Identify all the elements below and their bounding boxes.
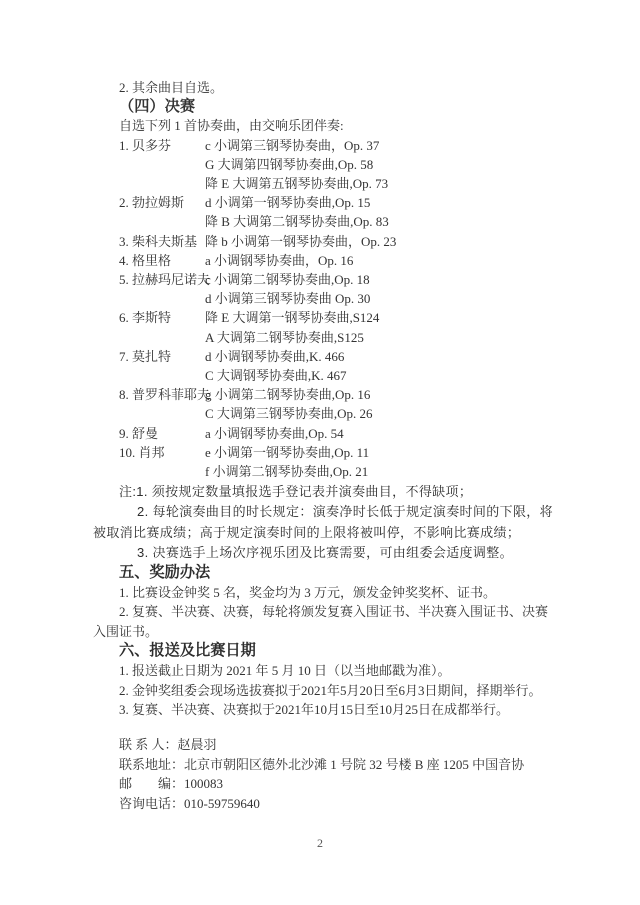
composer-name: 5. 拉赫玛尼诺夫	[119, 270, 210, 289]
contact-label: 联系地址：	[119, 757, 184, 772]
repertoire-row-chopin: 10. 肖邦 e 小调第一钢琴协奏曲,Op. 11 f 小调第二钢琴协奏曲,Op…	[93, 443, 559, 481]
repertoire-row-liszt: 6. 李斯特 降 E 大调第一钢琴协奏曲,S124 A 大调第二钢琴协奏曲,S1…	[93, 308, 559, 346]
composer-name: 8. 普罗科菲耶夫	[119, 385, 210, 404]
piece-list: c 小调第二钢琴协奏曲,Op. 18 d 小调第三钢琴协奏曲 Op. 30	[205, 270, 559, 308]
composer-name: 6. 李斯特	[119, 308, 171, 327]
piece-title: d 小调钢琴协奏曲,K. 466	[205, 347, 559, 366]
piece-list: e 小调第一钢琴协奏曲,Op. 11 f 小调第二钢琴协奏曲,Op. 21	[205, 443, 559, 481]
piece-title: C 大调钢琴协奏曲,K. 467	[205, 366, 559, 385]
document-content: 2. 其余曲目自选。 （四）决赛 自选下列 1 首协奏曲，由交响乐团伴奏: 1.…	[93, 78, 559, 814]
repertoire-row-mozart: 7. 莫扎特 d 小调钢琴协奏曲,K. 466 C 大调钢琴协奏曲,K. 467	[93, 347, 559, 385]
notes-block: 注:1. 须按规定数量填报选手登记表并演奏曲目，不得缺项； 2. 每轮演奏曲目的…	[93, 482, 559, 563]
contact-label: 邮 编：	[119, 776, 184, 791]
piece-title: d 小调第三钢琴协奏曲 Op. 30	[205, 289, 559, 308]
repertoire-row-schumann: 9. 舒曼 a 小调钢琴协奏曲,Op. 54	[93, 424, 559, 443]
contact-address-row: 联系地址：北京市朝阳区德外北沙滩 1 号院 32 号楼 B 座 1205 中国音…	[93, 755, 559, 775]
contact-label: 联 系 人：	[119, 737, 178, 752]
intro-line: 2. 其余曲目自选。	[93, 78, 559, 97]
section5-item: 2. 复赛、半决赛、决赛，每轮将颁发复赛入围证书、半决赛入围证书、决赛入围证书。	[93, 602, 559, 641]
page-number: 2	[0, 836, 640, 851]
repertoire-row-beethoven: 1. 贝多芬 c 小调第三钢琴协奏曲，Op. 37 G 大调第四钢琴协奏曲,Op…	[93, 136, 559, 194]
repertoire-list: 1. 贝多芬 c 小调第三钢琴协奏曲，Op. 37 G 大调第四钢琴协奏曲,Op…	[93, 136, 559, 482]
piece-title: 降 E 大调第五钢琴协奏曲,Op. 73	[205, 174, 559, 193]
contact-value: 北京市朝阳区德外北沙滩 1 号院 32 号楼 B 座 1205 中国音协	[184, 757, 524, 772]
repertoire-row-grieg: 4. 格里格 a 小调钢琴协奏曲，Op. 16	[93, 251, 559, 270]
piece-title: g 小调第二钢琴协奏曲,Op. 16	[205, 385, 559, 404]
note-line: 2. 每轮演奏曲目的时长规定：演奏净时长低于规定演奏时间的下限，将被取消比赛成绩…	[93, 502, 559, 542]
repertoire-row-prokofiev: 8. 普罗科菲耶夫 g 小调第二钢琴协奏曲,Op. 16 C 大调第三钢琴协奏曲…	[93, 385, 559, 423]
composer-name: 4. 格里格	[119, 251, 171, 270]
contact-postcode-row: 邮 编：100083	[93, 774, 559, 794]
piece-title: 降 b 小调第一钢琴协奏曲，Op. 23	[205, 232, 559, 251]
section4-lead: 自选下列 1 首协奏曲，由交响乐团伴奏:	[93, 116, 559, 135]
section5-heading: 五、奖励办法	[93, 563, 559, 583]
section5-item: 1. 比赛设金钟奖 5 名，奖金均为 3 万元，颁发金钟奖奖杯、证书。	[93, 583, 559, 603]
composer-name: 3. 柴科夫斯基	[119, 232, 197, 251]
composer-name: 1. 贝多芬	[119, 136, 171, 155]
piece-list: d 小调第一钢琴协奏曲,Op. 15 降 B 大调第二钢琴协奏曲,Op. 83	[205, 193, 559, 231]
piece-title: 降 E 大调第一钢琴协奏曲,S124	[205, 308, 559, 327]
piece-list: g 小调第二钢琴协奏曲,Op. 16 C 大调第三钢琴协奏曲,Op. 26	[205, 385, 559, 423]
composer-name: 2. 勃拉姆斯	[119, 193, 184, 212]
composer-name: 7. 莫扎特	[119, 347, 171, 366]
composer-name: 9. 舒曼	[119, 424, 158, 443]
repertoire-row-rachmaninoff: 5. 拉赫玛尼诺夫 c 小调第二钢琴协奏曲,Op. 18 d 小调第三钢琴协奏曲…	[93, 270, 559, 308]
section6-item: 1. 报送截止日期为 2021 年 5 月 10 日（以当地邮戳为准）。	[93, 661, 559, 681]
piece-list: a 小调钢琴协奏曲,Op. 54	[205, 424, 559, 443]
piece-title: d 小调第一钢琴协奏曲,Op. 15	[205, 193, 559, 212]
piece-title: 降 B 大调第二钢琴协奏曲,Op. 83	[205, 212, 559, 231]
repertoire-row-brahms: 2. 勃拉姆斯 d 小调第一钢琴协奏曲,Op. 15 降 B 大调第二钢琴协奏曲…	[93, 193, 559, 231]
piece-title: c 小调第二钢琴协奏曲,Op. 18	[205, 270, 559, 289]
section6-item: 2. 金钟奖组委会现场选拔赛拟于2021年5月20日至6月3日期间，择期举行。	[93, 681, 559, 701]
piece-list: d 小调钢琴协奏曲,K. 466 C 大调钢琴协奏曲,K. 467	[205, 347, 559, 385]
section4-heading: （四）决赛	[93, 97, 559, 116]
document-page: 2. 其余曲目自选。 （四）决赛 自选下列 1 首协奏曲，由交响乐团伴奏: 1.…	[0, 0, 640, 905]
contact-value: 100083	[184, 776, 223, 791]
piece-title: G 大调第四钢琴协奏曲,Op. 58	[205, 155, 559, 174]
piece-list: a 小调钢琴协奏曲，Op. 16	[205, 251, 559, 270]
section6-heading: 六、报送及比赛日期	[93, 641, 559, 661]
composer-name: 10. 肖邦	[119, 443, 165, 462]
contact-value: 赵晨羽	[178, 737, 217, 752]
piece-title: C 大调第三钢琴协奏曲,Op. 26	[205, 404, 559, 423]
note-line: 注:1. 须按规定数量填报选手登记表并演奏曲目，不得缺项；	[93, 482, 559, 502]
contact-person-row: 联 系 人：赵晨羽	[93, 735, 559, 755]
piece-title: a 小调钢琴协奏曲，Op. 16	[205, 251, 559, 270]
piece-list: c 小调第三钢琴协奏曲，Op. 37 G 大调第四钢琴协奏曲,Op. 58 降 …	[205, 136, 559, 194]
piece-title: a 小调钢琴协奏曲,Op. 54	[205, 424, 559, 443]
piece-list: 降 b 小调第一钢琴协奏曲，Op. 23	[205, 232, 559, 251]
piece-title: A 大调第二钢琴协奏曲,S125	[205, 328, 559, 347]
contact-block: 联 系 人：赵晨羽 联系地址：北京市朝阳区德外北沙滩 1 号院 32 号楼 B …	[93, 735, 559, 814]
contact-value: 010-59759640	[184, 796, 260, 811]
contact-label: 咨询电话：	[119, 796, 184, 811]
piece-title: e 小调第一钢琴协奏曲,Op. 11	[205, 443, 559, 462]
section6-item: 3. 复赛、半决赛、决赛拟于2021年10月15日至10月25日在成都举行。	[93, 700, 559, 720]
repertoire-row-tchaikovsky: 3. 柴科夫斯基 降 b 小调第一钢琴协奏曲，Op. 23	[93, 232, 559, 251]
piece-title: f 小调第二钢琴协奏曲,Op. 21	[205, 462, 559, 481]
piece-list: 降 E 大调第一钢琴协奏曲,S124 A 大调第二钢琴协奏曲,S125	[205, 308, 559, 346]
note-line: 3. 决赛选手上场次序视乐团及比赛需要，可由组委会适度调整。	[93, 543, 559, 563]
piece-title: c 小调第三钢琴协奏曲，Op. 37	[205, 136, 559, 155]
contact-phone-row: 咨询电话：010-59759640	[93, 794, 559, 814]
